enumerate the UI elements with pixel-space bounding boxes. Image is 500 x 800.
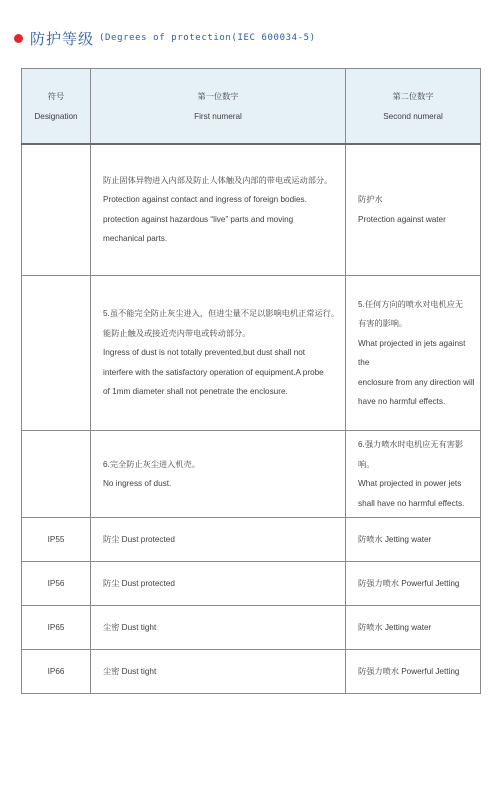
first-numeral-cell: 防尘 Dust protected bbox=[91, 518, 346, 562]
header-designation: 符号 Designation bbox=[22, 69, 91, 144]
red-bullet-icon bbox=[14, 34, 23, 43]
designation-cell: IP65 bbox=[22, 606, 91, 650]
first-numeral-cell: 尘密 Dust tight bbox=[91, 606, 346, 650]
designation-cell: IP56 bbox=[22, 562, 91, 606]
table-row-ip65: IP65 尘密 Dust tight 防喷水 Jetting water bbox=[22, 606, 481, 650]
designation-cell: IP55 bbox=[22, 518, 91, 562]
second-numeral-cell: 防喷水 Jetting water bbox=[346, 518, 481, 562]
table-row-ip66: IP66 尘密 Dust tight 防强力喷水 Powerful Jettin… bbox=[22, 650, 481, 694]
first-numeral-cell: 防止固体异物进入内部及防止人体触及内部的带电或运动部分。 Protection … bbox=[91, 144, 346, 276]
first-numeral-cell: 5.虽不能完全防止灰尘进入，但进尘量不足以影响电机正常运行。 能防止触及或接近壳… bbox=[91, 276, 346, 431]
designation-cell bbox=[22, 431, 91, 518]
first-numeral-cell: 尘密 Dust tight bbox=[91, 650, 346, 694]
title-english: (Degrees of protection(IEC 600034-5) bbox=[99, 33, 316, 43]
table-row: 5.虽不能完全防止灰尘进入，但进尘量不足以影响电机正常运行。 能防止触及或接近壳… bbox=[22, 276, 481, 431]
table-row: 防止固体异物进入内部及防止人体触及内部的带电或运动部分。 Protection … bbox=[22, 144, 481, 276]
first-numeral-cell: 防尘 Dust protected bbox=[91, 562, 346, 606]
second-numeral-cell: 防护水 Protection against water bbox=[346, 144, 481, 276]
header-second-numeral: 第二位数字 Second numeral bbox=[346, 69, 481, 144]
second-numeral-cell: 防喷水 Jetting water bbox=[346, 606, 481, 650]
second-numeral-cell: 防强力喷水 Powerful Jetting bbox=[346, 650, 481, 694]
title-chinese: 防护等级 bbox=[30, 28, 94, 49]
designation-cell bbox=[22, 144, 91, 276]
designation-cell bbox=[22, 276, 91, 431]
second-numeral-cell: 防强力喷水 Powerful Jetting bbox=[346, 562, 481, 606]
section-title: 防护等级 (Degrees of protection(IEC 600034-5… bbox=[14, 27, 316, 49]
table-row-ip55: IP55 防尘 Dust protected 防喷水 Jetting water bbox=[22, 518, 481, 562]
ip-protection-table: 符号 Designation 第一位数字 First numeral 第二位数字… bbox=[21, 68, 481, 694]
second-numeral-cell: 5.任何方向的喷水对电机应无 有害的影响。 What projected in … bbox=[346, 276, 481, 431]
header-first-numeral: 第一位数字 First numeral bbox=[91, 69, 346, 144]
table-row: 6.完全防止灰尘进入机壳。 No ingress of dust. 6.强力喷水… bbox=[22, 431, 481, 518]
table-header-row: 符号 Designation 第一位数字 First numeral 第二位数字… bbox=[22, 69, 481, 144]
second-numeral-cell: 6.强力喷水时电机应无有害影响。 What projected in power… bbox=[346, 431, 481, 518]
first-numeral-cell: 6.完全防止灰尘进入机壳。 No ingress of dust. bbox=[91, 431, 346, 518]
table-row-ip56: IP56 防尘 Dust protected 防强力喷水 Powerful Je… bbox=[22, 562, 481, 606]
designation-cell: IP66 bbox=[22, 650, 91, 694]
